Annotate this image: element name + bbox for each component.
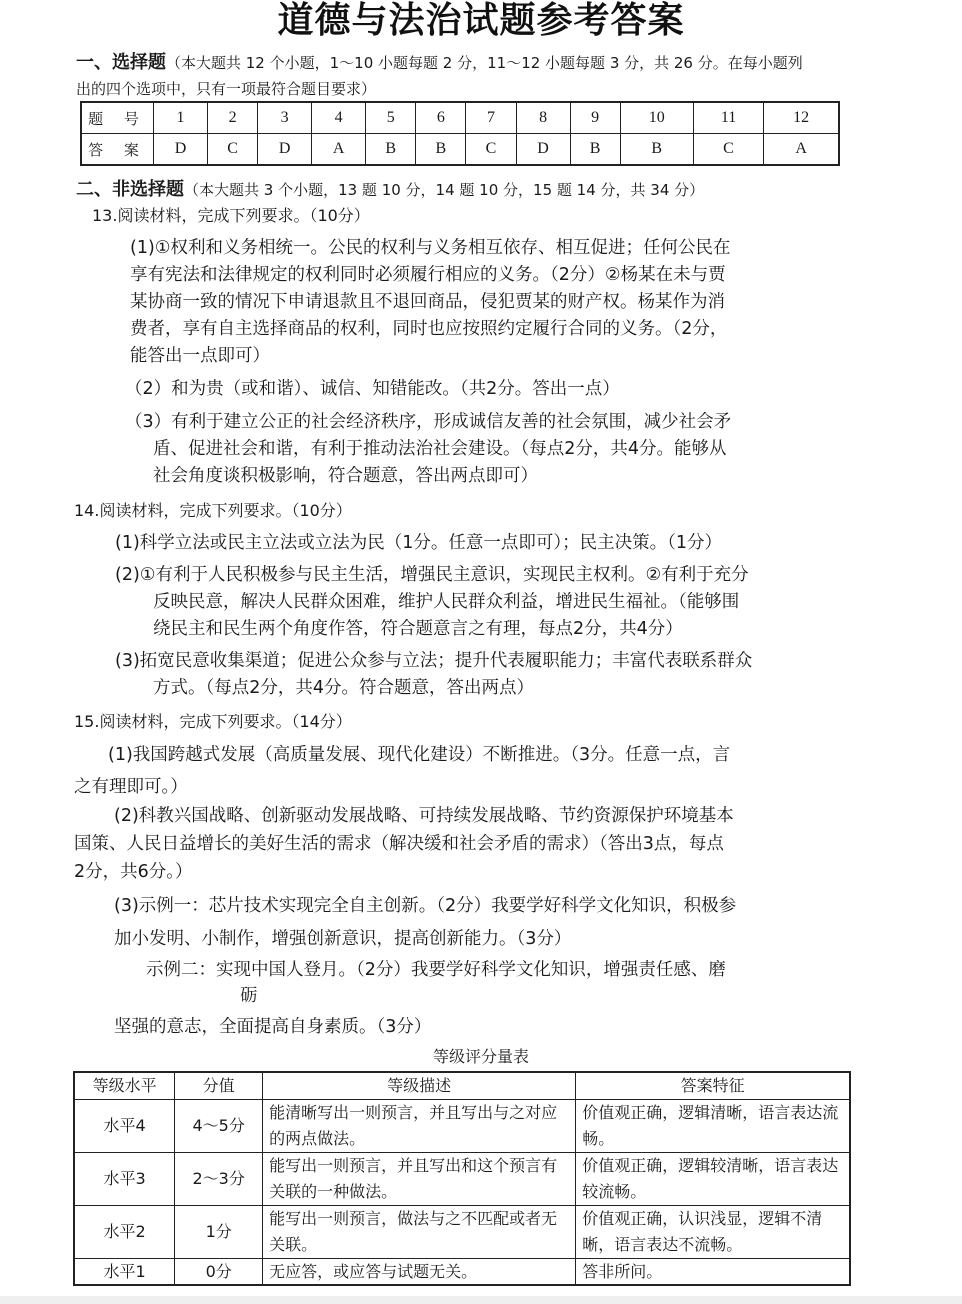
page-bottom-edge <box>0 1296 962 1304</box>
rubric-desc: 能清晰写出一则预言，并且写出与之对应的两点做法。 <box>263 1100 576 1153</box>
rubric-score: 1分 <box>175 1206 263 1259</box>
answer-cell: B <box>366 134 416 166</box>
rubric-feature: 答非所问。 <box>576 1259 850 1286</box>
text-line: (3)示例一：芯片技术实现完全自主创新。（2分）我要学好科学文化知识，积极参 <box>114 893 736 920</box>
column-header: 等级水平 <box>74 1072 175 1100</box>
section1-note-line2: 出的四个选项中，只有一项最符合题目要求） <box>76 76 376 102</box>
section2-heading: 二、非选择题 <box>76 179 184 200</box>
question-number: 9 <box>570 102 620 134</box>
q13-heading: 13.阅读材料，完成下列要求。（10分） <box>92 205 370 227</box>
rubric-score: 0分 <box>175 1259 263 1286</box>
text-line: 能答出一点即可） <box>130 343 730 370</box>
q14-part3: (3)拓宽民意收集渠道；促进公众参与立法；提升代表履职能力；丰富代表联系群众 方… <box>115 648 752 702</box>
text-line: 盾、促进社会和谐，有利于推动法治社会建设。（每点2分，共4分。能够从 <box>125 436 731 463</box>
q13-part2: （2）和为贵（或和谐）、诚信、知错能改。（共2分。答出一点） <box>125 376 620 403</box>
question-number: 11 <box>693 102 764 134</box>
rubric-row: 水平1 0分 无应答，或应答与试题无关。 答非所问。 <box>74 1259 850 1286</box>
text-line: 示例二：实现中国人登月。（2分）我要学好科学文化知识，增强责任感、磨 <box>114 957 726 984</box>
text-line: 国策、人民日益增长的美好生活的需求（解决缓和社会矛盾的需求）（答出3点，每点 <box>74 830 864 858</box>
question-number: 10 <box>620 102 693 134</box>
text-line: 某协商一致的情况下申请退款且不退回商品，侵犯贾某的财产权。杨某作为消 <box>130 289 730 316</box>
answer-cell: B <box>570 134 620 166</box>
text-line: (3)拓宽民意收集渠道；促进公众参与立法；提升代表履职能力；丰富代表联系群众 <box>115 648 752 675</box>
text-line: (2)科教兴国战略、创新驱动发展战略、可持续发展战略、节约资源保护环境基本 <box>74 802 864 830</box>
text-line: 社会角度谈积极影响，符合题意，答出两点即可） <box>125 463 731 490</box>
rubric-row: 水平4 4～5分 能清晰写出一则预言，并且写出与之对应的两点做法。 价值观正确，… <box>74 1100 850 1153</box>
section1-note-cont: 出的四个选项中，只有一项最符合题目要求） <box>76 80 376 98</box>
section2-heading-block: 二、非选择题（本大题共 3 个小题，13 题 10 分，14 题 10 分，15… <box>76 177 704 203</box>
q15-part3: (3)示例一：芯片技术实现完全自主创新。（2分）我要学好科学文化知识，积极参 加… <box>114 893 736 953</box>
section1-heading: 一、选择题 <box>76 52 166 73</box>
text-line: 加小发明、小制作，增强创新意识，提高创新能力。（3分） <box>114 926 736 953</box>
question-number: 3 <box>258 102 312 134</box>
answer-table: 题 号 1 2 3 4 5 6 7 8 9 10 11 12 答 案 D C D… <box>80 101 840 166</box>
question-number: 12 <box>764 102 839 134</box>
rubric-level: 水平2 <box>74 1206 175 1259</box>
rubric-desc: 无应答，或应答与试题无关。 <box>263 1259 576 1286</box>
section1-note: （本大题共 12 个小题，1～10 小题每题 2 分，11～12 小题每题 3 … <box>166 54 803 72</box>
answer-cell: D <box>258 134 312 166</box>
column-header: 分值 <box>175 1072 263 1100</box>
q15-heading: 15.阅读材料，完成下列要求。（14分） <box>74 711 352 733</box>
answer-cell: A <box>764 134 839 166</box>
answer-cell: D <box>516 134 570 166</box>
question-number: 8 <box>516 102 570 134</box>
answer-cell: C <box>466 134 516 166</box>
answer-cell: B <box>620 134 693 166</box>
row-label-answer: 答 案 <box>81 134 154 166</box>
page-title: 道德与法治试题参考答案 <box>0 0 962 42</box>
q13-part1: (1)①权利和义务相统一。公民的权利与义务相互依存、相互促进；任何公民在 享有宪… <box>130 235 730 370</box>
rubric-feature: 价值观正确，认识浅显，逻辑不清晰，语言表达不流畅。 <box>576 1206 850 1259</box>
q15-part2: (2)科教兴国战略、创新驱动发展战略、可持续发展战略、节约资源保护环境基本 国策… <box>74 802 864 886</box>
rubric-level: 水平4 <box>74 1100 175 1153</box>
q15-part1: (1)我国跨越式发展（高质量发展、现代化建设）不断推进。（3分。任意一点，言 之… <box>74 741 854 801</box>
rubric-level: 水平1 <box>74 1259 175 1286</box>
question-number: 4 <box>312 102 366 134</box>
answer-cell: C <box>693 134 764 166</box>
rubric-feature: 价值观正确，逻辑较清晰，语言表达较流畅。 <box>576 1153 850 1206</box>
q15-part4: 示例二：实现中国人登月。（2分）我要学好科学文化知识，增强责任感、磨 砺 坚强的… <box>114 957 726 1041</box>
rubric-table: 等级水平 分值 等级描述 答案特征 水平4 4～5分 能清晰写出一则预言，并且写… <box>73 1071 851 1286</box>
section2-note: （本大题共 3 个小题，13 题 10 分，14 题 10 分，15 题 14 … <box>184 181 704 199</box>
answer-table-answer-row: 答 案 D C D A B B C D B B C A <box>81 134 839 166</box>
text-line: 砺 <box>114 984 726 1008</box>
rubric-score: 4～5分 <box>175 1100 263 1153</box>
question-number: 6 <box>416 102 466 134</box>
text-line: 之有理即可。） <box>74 773 854 801</box>
answer-cell: C <box>207 134 257 166</box>
rubric-desc: 能写出一则预言，做法与之不匹配或者无关联。 <box>263 1206 576 1259</box>
rubric-score: 2～3分 <box>175 1153 263 1206</box>
question-number: 1 <box>154 102 208 134</box>
answer-table-number-row: 题 号 1 2 3 4 5 6 7 8 9 10 11 12 <box>81 102 839 134</box>
column-header: 等级描述 <box>263 1072 576 1100</box>
text-line: (2)①有利于人民积极参与民主生活，增强民主意识，实现民主权利。②有利于充分 <box>115 562 749 589</box>
rubric-row: 水平2 1分 能写出一则预言，做法与之不匹配或者无关联。 价值观正确，认识浅显，… <box>74 1206 850 1259</box>
question-number: 2 <box>207 102 257 134</box>
text-line: 费者，享有自主选择商品的权利，同时也应按照约定履行合同的义务。（2分， <box>130 316 730 343</box>
q14-heading: 14.阅读材料，完成下列要求。（10分） <box>74 500 352 522</box>
text-line: 2分，共6分。） <box>74 858 864 886</box>
text-line: (1)我国跨越式发展（高质量发展、现代化建设）不断推进。（3分。任意一点，言 <box>74 741 854 769</box>
rubric-level: 水平3 <box>74 1153 175 1206</box>
answer-cell: D <box>154 134 208 166</box>
answer-cell: A <box>312 134 366 166</box>
section1-heading-block: 一、选择题（本大题共 12 个小题，1～10 小题每题 2 分，11～12 小题… <box>76 50 866 76</box>
q14-part1: (1)科学立法或民主立法或立法为民（1分。任意一点即可）；民主决策。（1分） <box>115 530 722 557</box>
question-number: 7 <box>466 102 516 134</box>
text-line: 享有宪法和法律规定的权利同时必须履行相应的义务。（2分）②杨某在未与贾 <box>130 262 730 289</box>
q14-part2: (2)①有利于人民积极参与民主生活，增强民主意识，实现民主权利。②有利于充分 反… <box>115 562 749 643</box>
text-line: （3）有利于建立公正的社会经济秩序，形成诚信友善的社会氛围，减少社会矛 <box>125 409 731 436</box>
text-line: (1)①权利和义务相统一。公民的权利与义务相互依存、相互促进；任何公民在 <box>130 235 730 262</box>
q13-part3: （3）有利于建立公正的社会经济秩序，形成诚信友善的社会氛围，减少社会矛 盾、促进… <box>125 409 731 490</box>
text-line: 方式。（每点2分，共4分。符合题意，答出两点） <box>115 675 752 702</box>
rubric-desc: 能写出一则预言，并且写出和这个预言有关联的一种做法。 <box>263 1153 576 1206</box>
text-line: 绕民主和民生两个角度作答，符合题意言之有理，每点2分，共4分） <box>115 616 749 643</box>
text-line: 坚强的意志，全面提高自身素质。（3分） <box>114 1014 726 1041</box>
answer-cell: B <box>416 134 466 166</box>
rubric-header-row: 等级水平 分值 等级描述 答案特征 <box>74 1072 850 1100</box>
rubric-title: 等级评分量表 <box>0 1046 962 1068</box>
column-header: 答案特征 <box>576 1072 850 1100</box>
text-line: 反映民意，解决人民群众困难，维护人民群众利益，增进民生福祉。（能够围 <box>115 589 749 616</box>
rubric-row: 水平3 2～3分 能写出一则预言，并且写出和这个预言有关联的一种做法。 价值观正… <box>74 1153 850 1206</box>
question-number: 5 <box>366 102 416 134</box>
row-label-number: 题 号 <box>81 102 154 134</box>
rubric-feature: 价值观正确，逻辑清晰，语言表达流畅。 <box>576 1100 850 1153</box>
